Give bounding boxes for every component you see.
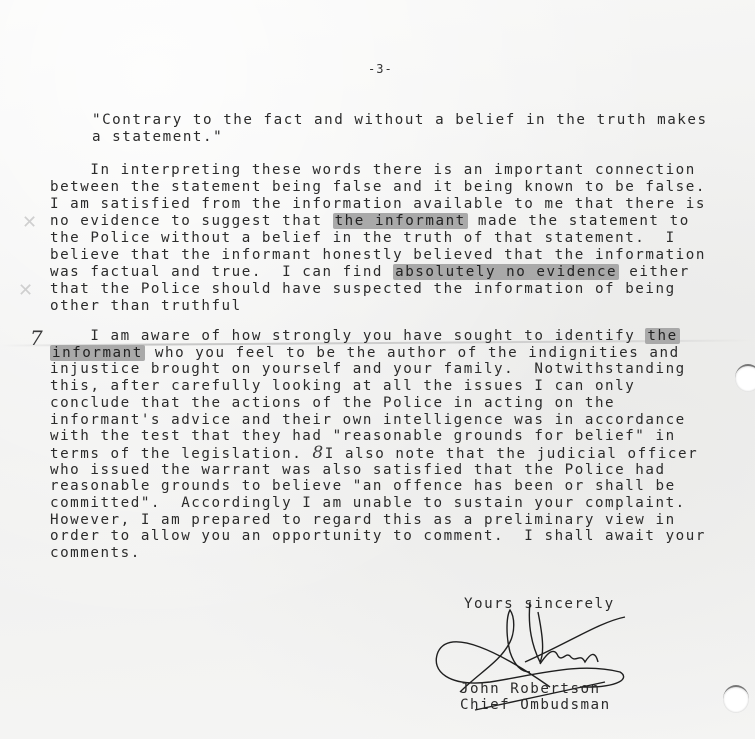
- text-line: I am satisfied from the information avai…: [50, 196, 706, 212]
- text-line: terms of the legislation. 8I also note t…: [50, 445, 698, 462]
- text-run: no evidence to suggest that: [50, 213, 333, 229]
- margin-cross-mark: ✕: [18, 280, 33, 301]
- punch-hole: [723, 685, 749, 713]
- signatory-name: John Robertson: [460, 681, 601, 697]
- text-line: who issued the warrant was also satisfie…: [50, 462, 666, 478]
- text-run: either: [619, 264, 690, 280]
- text-line: this, after carefully looking at all the…: [50, 378, 635, 394]
- text-line: other than truthful: [50, 298, 242, 314]
- punch-hole: [735, 364, 755, 392]
- text-run: I also note that the judicial officer: [325, 446, 698, 462]
- text-line: However, I am prepared to regard this as…: [50, 512, 676, 528]
- text-line: was factual and true. I can find absolut…: [50, 264, 690, 280]
- text-line: informant who you feel to be the author …: [50, 345, 680, 361]
- text-line: informant's advice and their own intelli…: [50, 412, 686, 428]
- text-line: between the statement being false and it…: [50, 179, 706, 195]
- signature-block: Yours sincerely John Robertson Chief Omb…: [430, 592, 690, 722]
- text-line: injustice brought on yourself and your f…: [50, 361, 686, 377]
- highlighted-text: the informant: [333, 213, 468, 229]
- margin-cross-mark: ✕: [22, 212, 37, 233]
- text-line: with the test that they had "reasonable …: [50, 428, 676, 444]
- text-line: committed". Accordingly I am unable to s…: [50, 495, 686, 511]
- text-line: conclude that the actions of the Police …: [50, 395, 615, 411]
- text-run: made the statement to: [468, 213, 690, 229]
- text-line: that the Police should have suspected th…: [50, 281, 676, 297]
- text-line: the Police without a belief in the truth…: [50, 230, 676, 246]
- text-line: "Contrary to the fact and without a beli…: [92, 112, 708, 128]
- text-run: terms of the legislation.: [50, 446, 312, 462]
- inline-note: 8: [312, 443, 324, 463]
- text-line: no evidence to suggest that the informan…: [50, 213, 690, 229]
- text-line: believe that the informant honestly beli…: [50, 247, 706, 263]
- highlighted-text: informant: [50, 345, 145, 361]
- text-line: order to allow you an opportunity to com…: [50, 528, 706, 544]
- text-line: reasonable grounds to believe "an offenc…: [50, 478, 676, 494]
- text-line: comments.: [50, 545, 141, 561]
- text-line: I am aware of how strongly you have soug…: [50, 328, 680, 344]
- text-run: I am aware of how strongly you have soug…: [50, 328, 645, 344]
- text-line: In interpreting these words there is an …: [50, 162, 696, 178]
- signatory-title: Chief Ombudsman: [460, 697, 611, 713]
- highlighted-text: absolutely no evidence: [393, 264, 619, 280]
- text-run: was factual and true. I can find: [50, 264, 393, 280]
- page-number: -3-: [368, 62, 393, 76]
- margin-note: 7: [30, 326, 43, 350]
- text-run: who you feel to be the author of the ind…: [145, 345, 680, 361]
- text-line: a statement.": [92, 129, 223, 145]
- highlighted-text: the: [645, 328, 679, 344]
